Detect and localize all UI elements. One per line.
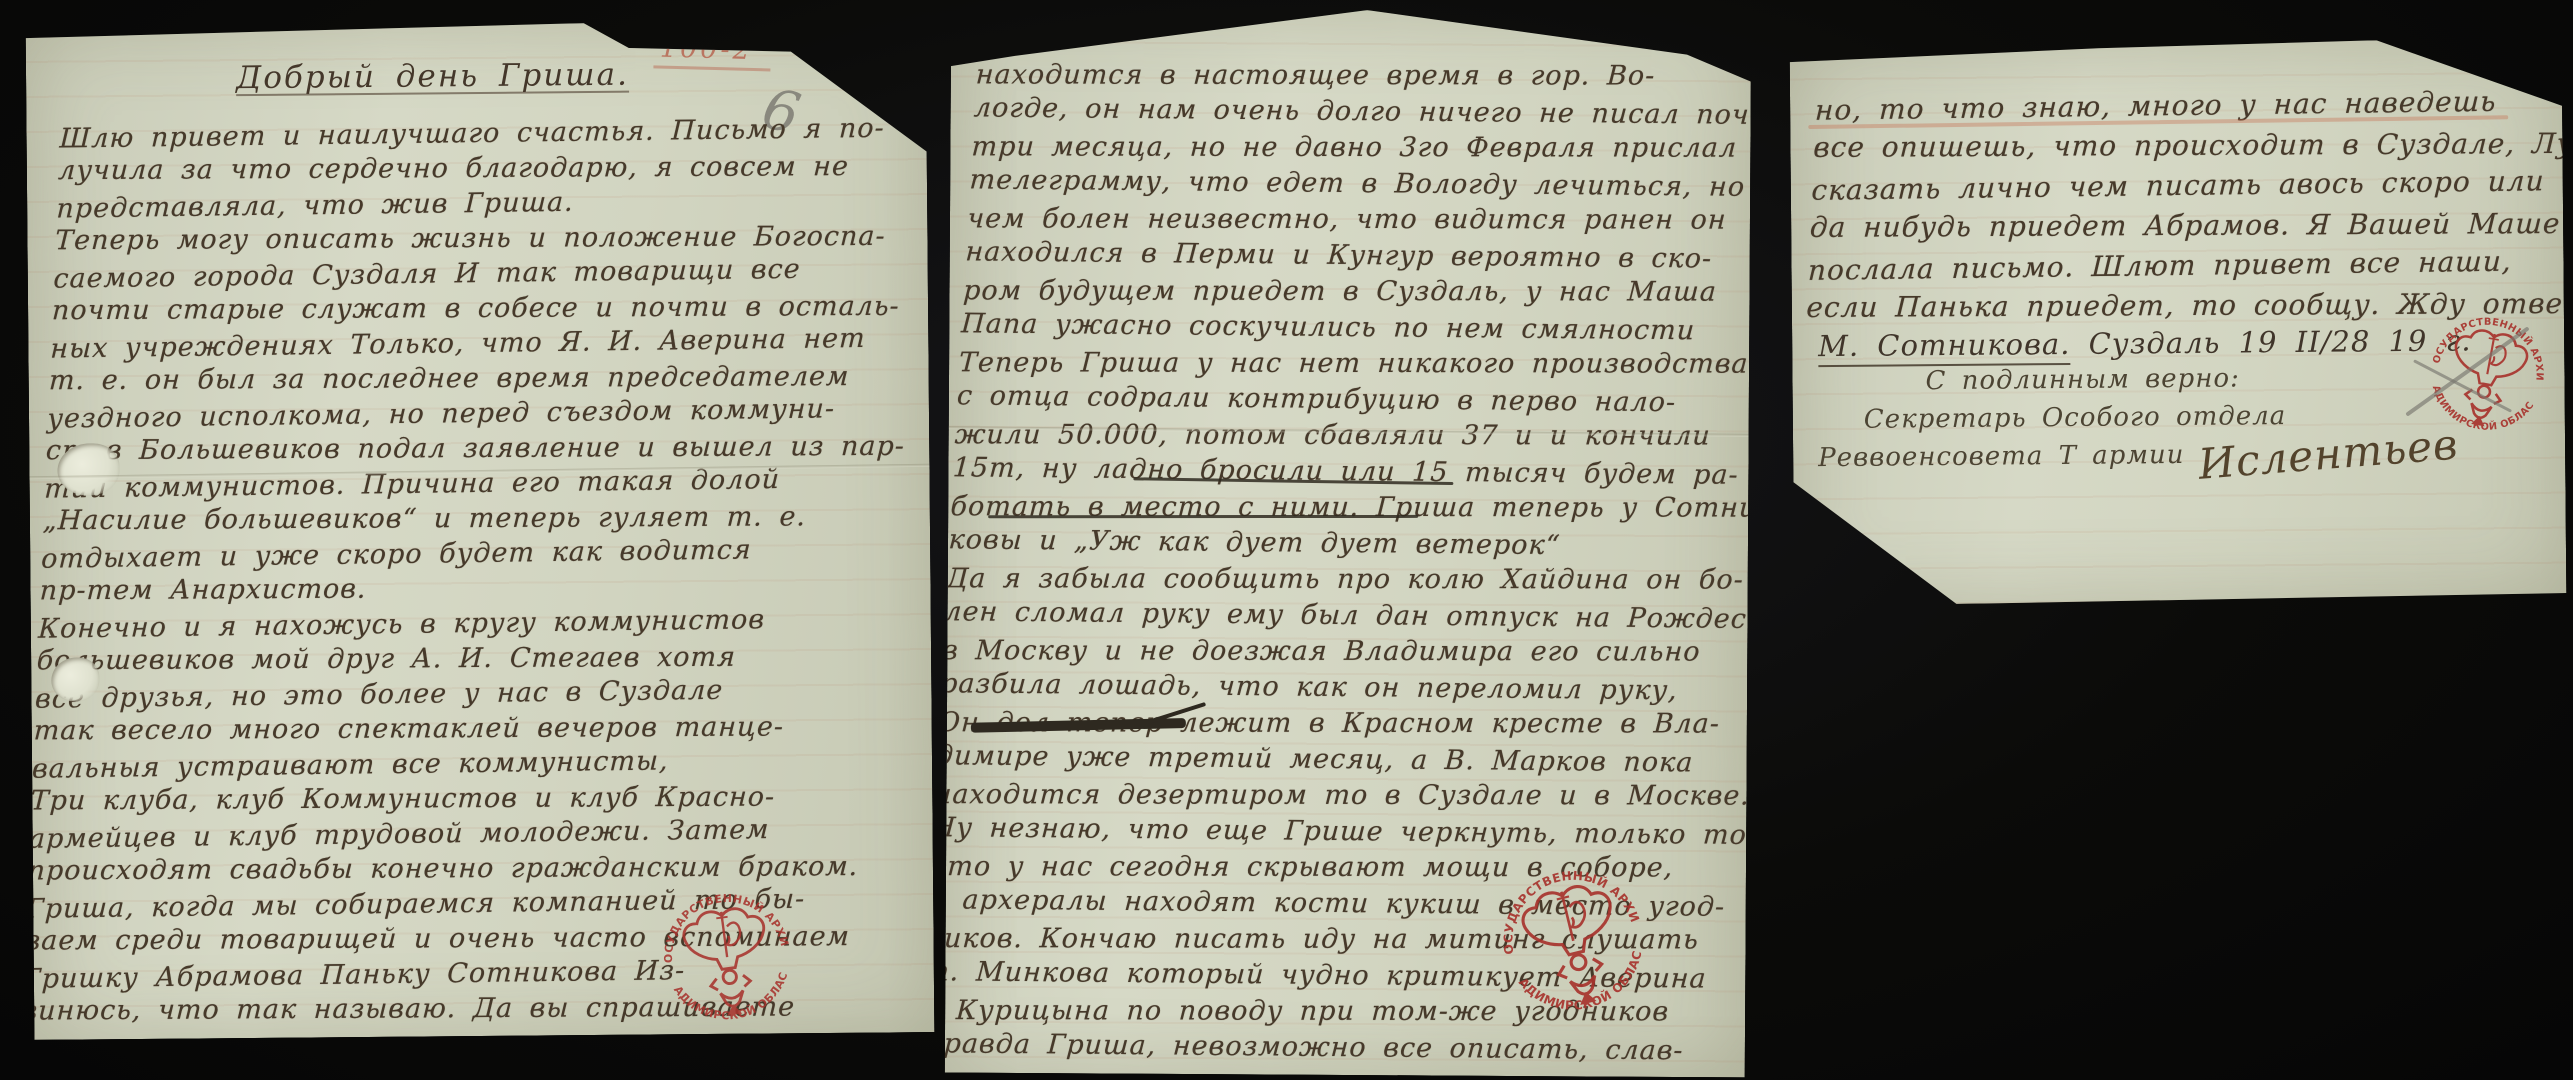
handwritten-line: т. Минкова который чудно критикует Авери… — [922, 954, 1688, 997]
handwritten-line: если Панька приедет, то сообщу. Жду отве… — [1805, 284, 2543, 328]
handwritten-line: и Курицына по поводу при том-же угоднико… — [920, 993, 1686, 1030]
handwritten-line: Да я забыла сообщить про колю Хайдина он… — [945, 561, 1711, 598]
handwritten-line: находится дезертиром то в Суздале и в Мо… — [933, 777, 1699, 814]
handwritten-line: находился в Перми и Кунгур вероятно в ск… — [964, 234, 1730, 277]
handwritten-line: сказать лично чем писать авось скоро или… — [1811, 161, 2549, 211]
handwritten-line: жили 50.000, потом сбавляли 37 и и кончи… — [954, 417, 1720, 454]
handwritten-line: и архералы находят кости кукиш в место у… — [926, 882, 1692, 925]
handwritten-line: разбила лошадь, что как он переломил рук… — [939, 666, 1705, 709]
archive-letter-scan: ГОСУДАРСТВЕННЫЙ АРХИВ ВЛАДИМИРСКОЙ ОБЛАС… — [0, 0, 2573, 1080]
letter-page-3: но, то что знаю, много у нас наведешьвсе… — [1790, 39, 2567, 606]
handwritten-line: все опишешь, что происходит в Суздале, Л… — [1812, 124, 2550, 168]
handwritten-line: Папа ужасно соскучились по нем смялности — [960, 306, 1726, 349]
handwritten-line: винюсь, что так называю. Да вы спрашивае… — [21, 989, 874, 1028]
signature-line: М. Сотникова. Суздаль 19 II/28 19 г. — [1818, 323, 2472, 363]
handwritten-line: димире уже третий месяц, а В. Марков пок… — [935, 738, 1701, 781]
letter-body-page-2: находится в настоящее время в гор. Во-ло… — [918, 56, 1741, 1068]
handwritten-line: ников. Кончаю писать иду на митинг слуша… — [924, 921, 1690, 958]
letter-page-2: находится в настоящее время в гор. Во-ло… — [945, 8, 1751, 1078]
handwritten-line: лен сломал руку ему был дан отпуск на Ро… — [943, 594, 1709, 637]
handwritten-line: да нибудь приедет Абрамов. Я Вашей Маше — [1809, 204, 2547, 248]
certification-unit: Реввоенсовета Т армии — [1818, 436, 2185, 477]
paper-tear-hole — [57, 443, 119, 496]
handwritten-line: ром будущем приедет в Суздаль, у нас Маш… — [962, 273, 1728, 310]
handwritten-line: Ну незнаю, что еще Грише черкнуть, тольк… — [931, 810, 1697, 853]
handwritten-line: три месяца, но не давно 3го Февраля прис… — [971, 129, 1737, 166]
handwritten-line: чем болен неизвестно, что видится ранен … — [966, 201, 1732, 238]
paper-tear-hole — [51, 657, 99, 701]
handwritten-line: ковы и „Уж как дует дует ветерок“ — [947, 522, 1713, 565]
handwritten-line: послала письмо. Шлют привет все наши, — [1807, 241, 2545, 291]
handwritten-line: что у нас сегодня скрывают мощи в соборе… — [929, 849, 1695, 886]
signature-place-date: Суздаль 19 II/28 19 г. — [2088, 323, 2471, 360]
letter-greeting: Добрый день Гриша. — [236, 57, 629, 96]
handwritten-line: ботать в место с ними. Гриша теперь у Со… — [950, 489, 1716, 526]
handwritten-line: логде, он нам очень долго ничего не писа… — [973, 90, 1739, 133]
handwritten-line: 15т, ну ладно бросили или 15 тысяч будем… — [952, 450, 1718, 493]
handwritten-line: телеграмму, что едет в Вологду лечиться,… — [969, 162, 1735, 205]
letter-body-page-1: Шлю привет и наилучшаго счастья. Письмо … — [21, 112, 913, 1030]
handwritten-line: Правда Гриша, невозможно все описать, сл… — [918, 1026, 1684, 1069]
certification-line: С подлинным верно: — [1925, 358, 2458, 401]
certification-line: Реввоенсовета Т армии Ислентьев — [1818, 434, 2459, 478]
letter-page-1: 100-2 6 Добрый день Гриша. Шлю привет и … — [26, 20, 935, 1040]
handwritten-line: с отца содрали контрибуцию в перво нало- — [956, 378, 1722, 421]
ink-underline — [988, 515, 1418, 518]
certification-block: С подлинным верно: Секретарь Особого отд… — [1817, 358, 2459, 478]
archive-number-red-pencil: 100-2 — [653, 32, 771, 71]
handwritten-line: в Москву и не доезжая Владимира его силь… — [941, 633, 1707, 670]
handwritten-line: находится в настоящее время в гор. Во- — [975, 57, 1741, 94]
handwritten-line: Теперь Гриша у нас нет никакого производ… — [958, 345, 1724, 382]
